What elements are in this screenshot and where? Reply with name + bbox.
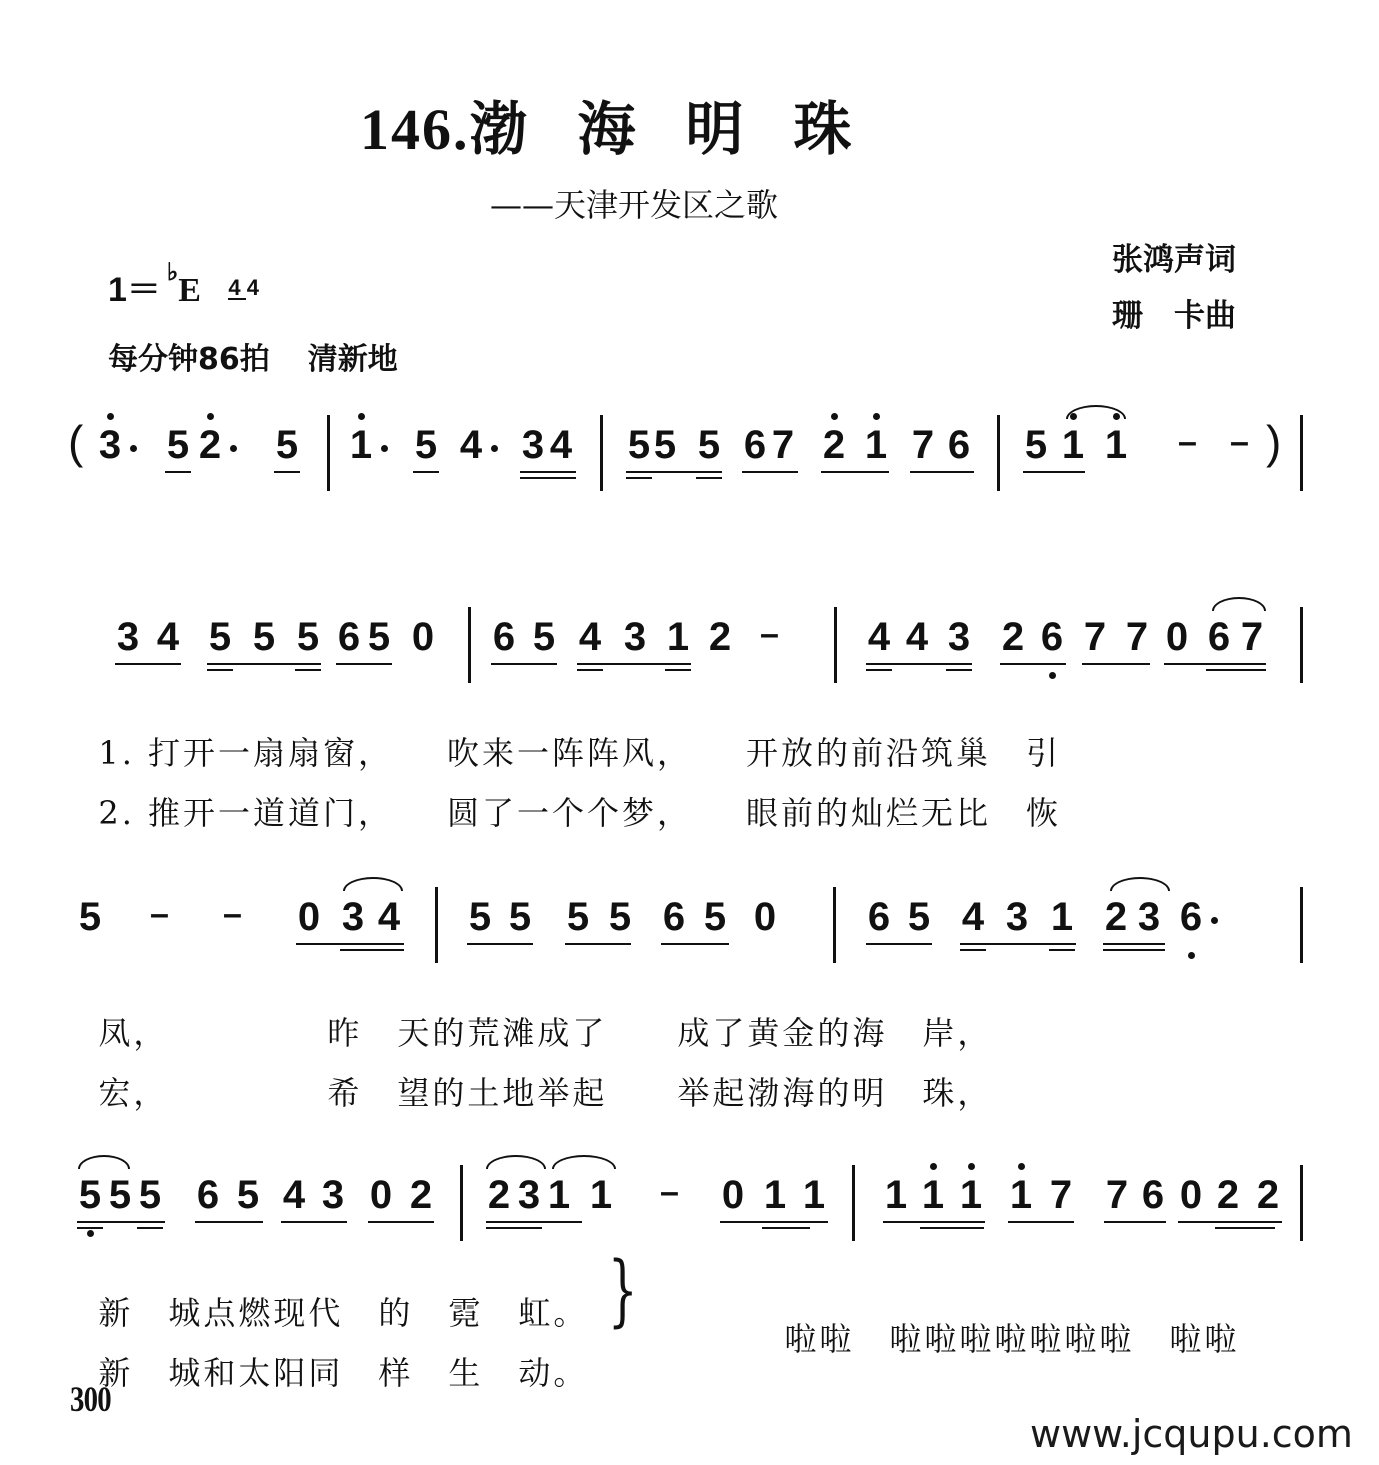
note: 5: [77, 897, 103, 937]
note: 5: [207, 617, 233, 657]
bar-line: [327, 415, 330, 491]
note: 1: [348, 425, 374, 465]
beam-underline: [1215, 1227, 1275, 1229]
note: 1: [883, 1175, 909, 1215]
beam-underline: [1023, 471, 1085, 473]
lyricist: 张鸿声词: [1112, 232, 1236, 288]
note: 7: [1239, 617, 1265, 657]
note: 4: [866, 617, 892, 657]
slur: [1066, 405, 1126, 419]
beam-underline: [1000, 663, 1066, 665]
tempo-bpm: 每分钟86拍: [108, 342, 270, 377]
time-signature: 4 4: [228, 278, 259, 298]
beam-underline: [1206, 669, 1266, 671]
note: 5: [235, 1175, 261, 1215]
bar-line: [435, 887, 438, 963]
beam-underline: [1178, 1221, 1282, 1223]
slur: [1110, 877, 1170, 891]
note: 1: [1060, 425, 1086, 465]
note: 3: [520, 425, 546, 465]
flat-icon: ♭: [167, 259, 178, 286]
beam-underline: [1008, 1221, 1074, 1223]
note: 0: [752, 897, 778, 937]
note: 0: [720, 1175, 746, 1215]
beam-underline: [340, 949, 404, 951]
note: 1: [920, 1175, 946, 1215]
beam-underline: [577, 669, 603, 671]
paren-close: ): [1266, 415, 1281, 469]
bar-line: [833, 887, 836, 963]
beam-underline: [296, 943, 404, 945]
note: 5: [652, 425, 678, 465]
dash: –: [760, 615, 779, 654]
expression-marking: 清新地: [308, 342, 398, 377]
note: 6: [1206, 617, 1232, 657]
note: 2: [1103, 897, 1129, 937]
verse-brace: }: [608, 1252, 638, 1330]
note: 3: [320, 1175, 346, 1215]
slur: [486, 1155, 546, 1169]
slur: [1212, 597, 1266, 611]
note: 5: [906, 897, 932, 937]
note: 5: [702, 897, 728, 937]
note: 5: [626, 425, 652, 465]
beam-underline: [1103, 943, 1165, 945]
beam-underline: [883, 1221, 985, 1223]
beam-underline: [665, 669, 691, 671]
note: 5: [467, 897, 493, 937]
beam-underline: [960, 949, 986, 951]
key-signature: 1＝♭E 4 4: [108, 262, 259, 311]
note: 3: [516, 1175, 542, 1215]
beam-underline: [281, 1221, 347, 1223]
note: 7: [1082, 617, 1108, 657]
dash: –: [1178, 423, 1197, 462]
note: 1: [863, 425, 889, 465]
note: 5: [413, 425, 439, 465]
note: 5: [366, 617, 392, 657]
beam-underline: [520, 477, 576, 479]
note: 0: [1178, 1175, 1204, 1215]
note: 3: [340, 897, 366, 937]
note: 4: [960, 897, 986, 937]
note: 6: [1140, 1175, 1166, 1215]
note: 1: [1008, 1175, 1034, 1215]
song-title: 146.渤海明珠: [360, 82, 854, 166]
beam-underline: [960, 943, 1076, 945]
beam-underline: [910, 471, 974, 473]
note: 2: [486, 1175, 512, 1215]
note: 3: [115, 617, 141, 657]
beam-underline: [520, 471, 576, 473]
beam-underline: [137, 1227, 163, 1229]
slur: [343, 877, 403, 891]
bar-line: [468, 607, 471, 683]
beam-underline: [762, 1227, 810, 1229]
note: 5: [1023, 425, 1049, 465]
note: 7: [1048, 1175, 1074, 1215]
bar-line: [1300, 887, 1303, 963]
dash: –: [1230, 423, 1249, 462]
note: 1: [958, 1175, 984, 1215]
beam-underline: [207, 663, 321, 665]
lyric-verse2-row2: 宏， 希 望的土地举起 举起渤海的明 珠，: [72, 1030, 992, 1114]
lyric-verse2-row1: 2. 推开一道道门， 圆了一个个梦， 眼前的灿烂无比 恢: [72, 750, 1061, 834]
note: 6: [866, 897, 892, 937]
beam-underline: [115, 663, 181, 665]
note: 3: [622, 617, 648, 657]
note: 2: [1215, 1175, 1241, 1215]
beam-underline: [626, 477, 652, 479]
beam-underline: [696, 477, 722, 479]
note: 1: [801, 1175, 827, 1215]
note: 2: [1255, 1175, 1281, 1215]
note: 1: [762, 1175, 788, 1215]
note: 0: [368, 1175, 394, 1215]
note: 5: [274, 425, 300, 465]
beam-underline: [486, 1227, 542, 1229]
beam-underline: [77, 1227, 103, 1229]
bar-line: [834, 607, 837, 683]
note: 2: [707, 617, 733, 657]
note: 5: [137, 1175, 163, 1215]
beam-underline: [336, 663, 392, 665]
beam-underline: [821, 471, 889, 473]
beam-underline: [661, 943, 729, 945]
dash: –: [223, 895, 242, 934]
beam-underline: [866, 663, 972, 665]
note: 4: [548, 425, 574, 465]
note: 6: [661, 897, 687, 937]
beam-underline: [491, 663, 557, 665]
beam-underline: [742, 471, 798, 473]
note: 2: [197, 425, 223, 465]
note: 3: [1136, 897, 1162, 937]
note: 4: [155, 617, 181, 657]
beam-underline: [467, 943, 533, 945]
beam-underline: [866, 669, 892, 671]
note: 7: [1124, 617, 1150, 657]
note: 0: [296, 897, 322, 937]
bar-line: [1300, 415, 1303, 491]
note: 6: [742, 425, 768, 465]
note: 7: [770, 425, 796, 465]
note: 6: [1039, 617, 1065, 657]
beam-underline: [77, 1221, 165, 1223]
note: 4: [281, 1175, 307, 1215]
note: 1: [1049, 897, 1075, 937]
bar-line: [997, 415, 1000, 491]
beam-underline: [1049, 949, 1075, 951]
lyric-verse2-row3: 新 城和太阳同 样 生 动。: [72, 1310, 588, 1394]
note: 1: [665, 617, 691, 657]
lyric-refrain: 啦啦 啦啦啦啦啦啦啦 啦啦: [758, 1276, 1239, 1360]
note: 1: [546, 1175, 572, 1215]
note: 1: [1103, 425, 1129, 465]
subtitle: ——天津开发区之歌: [490, 180, 778, 226]
bar-line: [460, 1165, 463, 1241]
note: 7: [1104, 1175, 1130, 1215]
credits: 张鸿声词 珊 卡曲: [1112, 232, 1236, 344]
note: 5: [531, 617, 557, 657]
dash: –: [660, 1173, 679, 1212]
note: 6: [336, 617, 362, 657]
note: 3: [1004, 897, 1030, 937]
beam-underline: [274, 471, 300, 473]
note: 5: [565, 897, 591, 937]
note: 5: [507, 897, 533, 937]
note: 5: [607, 897, 633, 937]
slur: [552, 1155, 616, 1169]
slur: [78, 1155, 130, 1169]
composer: 珊 卡曲: [1112, 288, 1236, 344]
note: 4: [376, 897, 402, 937]
note: 6: [946, 425, 972, 465]
bar-line: [1300, 1165, 1303, 1241]
note: 2: [821, 425, 847, 465]
watermark: www.jcqupu.com: [1030, 1412, 1353, 1456]
bar-line: [1300, 607, 1303, 683]
note: 5: [107, 1175, 133, 1215]
beam-underline: [1082, 663, 1150, 665]
note: 5: [295, 617, 321, 657]
note: 3: [97, 425, 123, 465]
note: 5: [251, 617, 277, 657]
beam-underline: [295, 669, 321, 671]
note: 6: [195, 1175, 221, 1215]
title-number: 146.: [360, 97, 470, 162]
note: 6: [491, 617, 517, 657]
note: 5: [696, 425, 722, 465]
note: 4: [458, 425, 484, 465]
note: 5: [77, 1175, 103, 1215]
note: 0: [410, 617, 436, 657]
note: 5: [165, 425, 191, 465]
beam-underline: [920, 1227, 984, 1229]
beam-underline: [626, 471, 722, 473]
beam-underline: [1104, 1221, 1166, 1223]
beam-underline: [368, 1221, 434, 1223]
beam-underline: [195, 1221, 263, 1223]
dash: –: [150, 895, 169, 934]
beam-underline: [165, 471, 191, 473]
note: 0: [1164, 617, 1190, 657]
note: 6: [1178, 897, 1204, 937]
note: 2: [1000, 617, 1026, 657]
note: 2: [408, 1175, 434, 1215]
paren-open: (: [68, 415, 83, 469]
beam-underline: [577, 663, 691, 665]
note: 4: [577, 617, 603, 657]
page-number: 300: [70, 1378, 111, 1420]
beam-underline: [946, 669, 972, 671]
beam-underline: [1164, 663, 1266, 665]
note: 1: [588, 1175, 614, 1215]
tempo-marking: 每分钟86拍清新地: [108, 334, 398, 378]
beam-underline: [1103, 949, 1165, 951]
bar-line: [852, 1165, 855, 1241]
bar-line: [600, 415, 603, 491]
beam-underline: [866, 943, 932, 945]
beam-underline: [565, 943, 631, 945]
note: 4: [904, 617, 930, 657]
beam-underline: [486, 1221, 582, 1223]
beam-underline: [720, 1221, 828, 1223]
note: 3: [946, 617, 972, 657]
note: 7: [910, 425, 936, 465]
beam-underline: [413, 471, 439, 473]
beam-underline: [207, 669, 233, 671]
